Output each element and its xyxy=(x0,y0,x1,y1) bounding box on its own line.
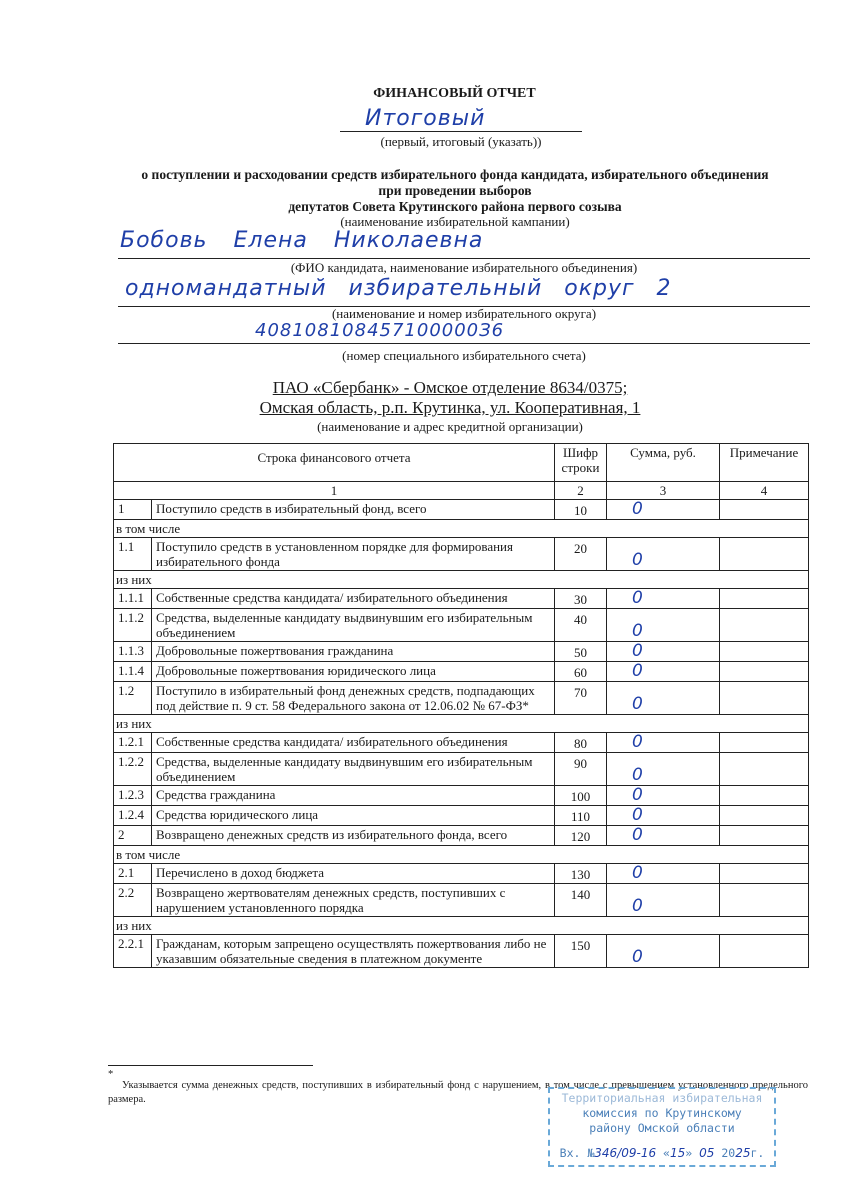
handwritten-sum: 0 xyxy=(632,621,643,641)
row-number: 1.1.1 xyxy=(114,589,152,609)
stamp-reg-number: 346/09-16 xyxy=(594,1146,656,1160)
table-section-label-row: из них xyxy=(114,571,809,589)
handwritten-sum: 0 xyxy=(632,661,643,681)
stamp-reg-month: 05 xyxy=(699,1146,714,1160)
section-label: из них xyxy=(114,715,809,733)
row-code: 80 xyxy=(555,733,607,753)
table-section-label-row: в том числе xyxy=(114,520,809,538)
table-row: 2.2Возвращено жертвователям денежных сре… xyxy=(114,884,809,917)
table-row: 1.2.4Средства юридического лица1100 xyxy=(114,806,809,826)
row-label: Поступило в избирательный фонд денежных … xyxy=(152,682,555,715)
row-number: 1.2.3 xyxy=(114,786,152,806)
table-row: 1.2.2Средства, выделенные кандидату выдв… xyxy=(114,753,809,786)
row-sum: 0 xyxy=(607,733,720,753)
campaign-name: депутатов Совета Крутинского района перв… xyxy=(100,199,810,215)
report-subtitle-line2: при проведении выборов xyxy=(100,183,810,199)
report-type-caption: (первый, итоговый (указать)) xyxy=(340,134,582,150)
row-sum: 0 xyxy=(607,786,720,806)
table-row: 1.1Поступило средств в установленном пор… xyxy=(114,538,809,571)
handwritten-sum: 0 xyxy=(632,765,643,785)
table-row: 1.1.1Собственные средства кандидата/ изб… xyxy=(114,589,809,609)
row-sum: 0 xyxy=(607,500,720,520)
table-section-label-row: из них xyxy=(114,917,809,935)
header-code: Шифр строки xyxy=(555,444,607,482)
handwritten-sum: 0 xyxy=(632,896,643,916)
row-note xyxy=(720,806,809,826)
bank-address: Омская область, р.п. Крутинка, ул. Коопе… xyxy=(200,398,700,418)
row-sum: 0 xyxy=(607,662,720,682)
row-number: 1.1.3 xyxy=(114,642,152,662)
handwritten-sum: 0 xyxy=(632,947,643,967)
row-sum: 0 xyxy=(607,642,720,662)
row-code: 40 xyxy=(555,609,607,642)
row-number: 2 xyxy=(114,826,152,846)
row-sum: 0 xyxy=(607,864,720,884)
row-note xyxy=(720,935,809,968)
row-label: Возвращено жертвователям денежных средст… xyxy=(152,884,555,917)
table-section-label-row: в том числе xyxy=(114,846,809,864)
row-label: Собственные средства кандидата/ избирате… xyxy=(152,733,555,753)
row-label: Добровольные пожертвования юридического … xyxy=(152,662,555,682)
row-code: 100 xyxy=(555,786,607,806)
row-number: 1.2.4 xyxy=(114,806,152,826)
row-code: 50 xyxy=(555,642,607,662)
table-section-label-row: из них xyxy=(114,715,809,733)
row-label: Собственные средства кандидата/ избирате… xyxy=(152,589,555,609)
stamp-reg-year-prefix: 20 xyxy=(721,1146,735,1160)
section-label: из них xyxy=(114,917,809,935)
footnote-divider xyxy=(108,1065,313,1066)
stamp-reg-day: 15 xyxy=(670,1146,685,1160)
row-note xyxy=(720,642,809,662)
row-note xyxy=(720,682,809,715)
handwritten-sum: 0 xyxy=(632,499,643,519)
row-note xyxy=(720,733,809,753)
row-label: Поступило средств в избирательный фонд, … xyxy=(152,500,555,520)
section-label: из них xyxy=(114,571,809,589)
stamp-reg-prefix: Вх. № xyxy=(560,1146,595,1160)
row-sum: 0 xyxy=(607,884,720,917)
row-label: Средства гражданина xyxy=(152,786,555,806)
account-number-value: 408108108457100000З6 xyxy=(255,320,504,341)
registration-stamp: Территориальная избирательная комиссия п… xyxy=(548,1087,776,1167)
row-sum: 0 xyxy=(607,935,720,968)
report-subtitle-line1: о поступлении и расходовании средств изб… xyxy=(100,167,810,183)
bank-name: ПАО «Сбербанк» - Омское отделение 8634/0… xyxy=(200,378,700,398)
row-label: Гражданам, которым запрещено осуществлят… xyxy=(152,935,555,968)
column-number-row: 1 2 3 4 xyxy=(114,482,809,500)
row-note xyxy=(720,589,809,609)
header-note: Примечание xyxy=(720,444,809,482)
handwritten-sum: 0 xyxy=(632,732,643,752)
col-number-3: 3 xyxy=(607,482,720,500)
row-note xyxy=(720,786,809,806)
handwritten-sum: 0 xyxy=(632,550,643,570)
row-number: 1.1.4 xyxy=(114,662,152,682)
account-caption: (номер специального избирательного счета… xyxy=(118,348,810,364)
row-number: 2.2 xyxy=(114,884,152,917)
stamp-line2: комиссия по Крутинскому xyxy=(550,1106,774,1121)
handwritten-sum: 0 xyxy=(632,785,643,805)
row-label: Добровольные пожертвования гражданина xyxy=(152,642,555,662)
row-note xyxy=(720,826,809,846)
candidate-caption: (ФИО кандидата, наименование избирательн… xyxy=(118,260,810,276)
stamp-line1: Территориальная избирательная xyxy=(550,1091,774,1106)
handwritten-sum: 0 xyxy=(632,694,643,714)
row-number: 1.2 xyxy=(114,682,152,715)
row-number: 1.2.1 xyxy=(114,733,152,753)
header-line: Строка финансового отчета xyxy=(114,444,555,482)
table-row: 1.2.1Собственные средства кандидата/ изб… xyxy=(114,733,809,753)
row-code: 150 xyxy=(555,935,607,968)
stamp-reg-year-suffix: 25 xyxy=(735,1146,750,1160)
table-row: 2.1Перечислено в доход бюджета1300 xyxy=(114,864,809,884)
row-label: Перечислено в доход бюджета xyxy=(152,864,555,884)
row-code: 90 xyxy=(555,753,607,786)
row-code: 20 xyxy=(555,538,607,571)
row-note xyxy=(720,884,809,917)
stamp-line3: району Омской области xyxy=(550,1121,774,1136)
stamp-reg-year-end: г. xyxy=(750,1146,764,1160)
financial-report-table: Строка финансового отчета Шифр строки Су… xyxy=(113,443,809,968)
table-row: 1.2.3Средства гражданина1000 xyxy=(114,786,809,806)
row-sum: 0 xyxy=(607,806,720,826)
report-type-line xyxy=(340,131,582,132)
row-note xyxy=(720,538,809,571)
row-note xyxy=(720,609,809,642)
bank-caption: (наименование и адрес кредитной организа… xyxy=(200,419,700,435)
candidate-line xyxy=(118,258,810,259)
col-number-4: 4 xyxy=(720,482,809,500)
row-code: 110 xyxy=(555,806,607,826)
col-number-1: 1 xyxy=(114,482,555,500)
row-label: Возвращено денежных средств из избирател… xyxy=(152,826,555,846)
col-number-2: 2 xyxy=(555,482,607,500)
row-number: 1 xyxy=(114,500,152,520)
row-number: 1.1 xyxy=(114,538,152,571)
row-note xyxy=(720,662,809,682)
row-number: 1.2.2 xyxy=(114,753,152,786)
table-row: 1Поступило средств в избирательный фонд,… xyxy=(114,500,809,520)
row-code: 10 xyxy=(555,500,607,520)
row-code: 120 xyxy=(555,826,607,846)
row-label: Поступило средств в установленном порядк… xyxy=(152,538,555,571)
handwritten-sum: 0 xyxy=(632,588,643,608)
row-note xyxy=(720,864,809,884)
handwritten-sum: 0 xyxy=(632,805,643,825)
section-label: в том числе xyxy=(114,846,809,864)
row-number: 2.2.1 xyxy=(114,935,152,968)
table-header-row: Строка финансового отчета Шифр строки Су… xyxy=(114,444,809,482)
row-code: 130 xyxy=(555,864,607,884)
handwritten-sum: 0 xyxy=(632,825,643,845)
table-row: 1.2Поступило в избирательный фонд денежн… xyxy=(114,682,809,715)
row-number: 1.1.2 xyxy=(114,609,152,642)
report-type-value: Итоговый xyxy=(365,106,485,131)
row-sum: 0 xyxy=(607,826,720,846)
table-row: 1.1.2Средства, выделенные кандидату выдв… xyxy=(114,609,809,642)
stamp-registration: Вх. №346/09-16 «15» 05 2025г. xyxy=(550,1146,774,1161)
row-label: Средства, выделенные кандидату выдвинувш… xyxy=(152,753,555,786)
row-label: Средства, выделенные кандидату выдвинувш… xyxy=(152,609,555,642)
row-code: 30 xyxy=(555,589,607,609)
row-sum: 0 xyxy=(607,589,720,609)
handwritten-sum: 0 xyxy=(632,641,643,661)
section-label: в том числе xyxy=(114,520,809,538)
row-sum: 0 xyxy=(607,753,720,786)
row-code: 60 xyxy=(555,662,607,682)
row-code: 70 xyxy=(555,682,607,715)
row-note xyxy=(720,500,809,520)
row-sum: 0 xyxy=(607,682,720,715)
row-number: 2.1 xyxy=(114,864,152,884)
row-label: Средства юридического лица xyxy=(152,806,555,826)
candidate-name-value: Бобовь Елена Николаевна xyxy=(120,228,483,253)
header-sum: Сумма, руб. xyxy=(607,444,720,482)
table-row: 2.2.1Гражданам, которым запрещено осущес… xyxy=(114,935,809,968)
row-sum: 0 xyxy=(607,538,720,571)
report-title: ФИНАНСОВЫЙ ОТЧЕТ xyxy=(30,86,849,102)
row-note xyxy=(720,753,809,786)
row-sum: 0 xyxy=(607,609,720,642)
table-row: 1.1.4Добровольные пожертвования юридичес… xyxy=(114,662,809,682)
table-row: 2Возвращено денежных средств из избирате… xyxy=(114,826,809,846)
account-line xyxy=(118,343,810,344)
row-code: 140 xyxy=(555,884,607,917)
handwritten-sum: 0 xyxy=(632,863,643,883)
district-value: одномандатный избирательный округ 2 xyxy=(125,276,672,301)
table-row: 1.1.3Добровольные пожертвования граждани… xyxy=(114,642,809,662)
